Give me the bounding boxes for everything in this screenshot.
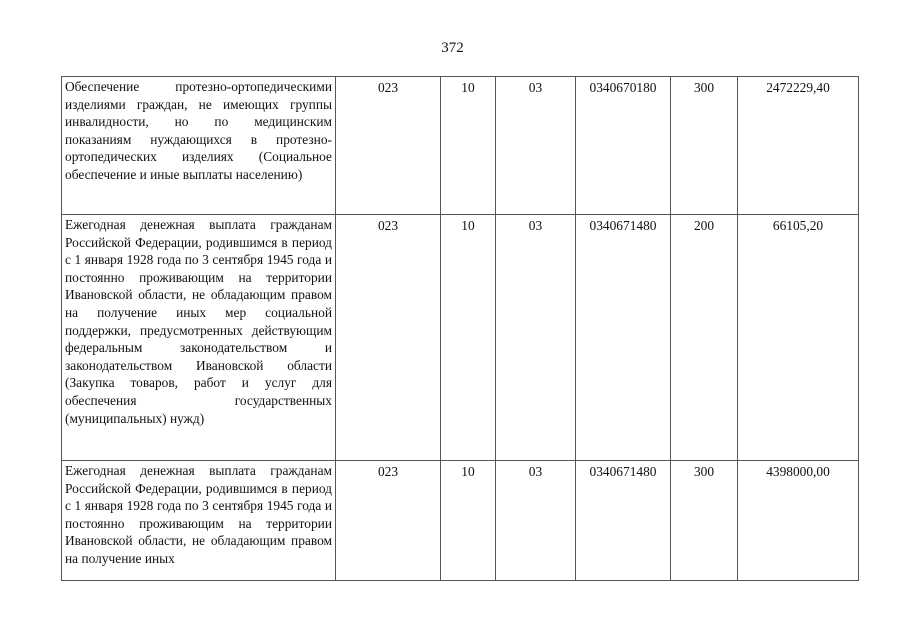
budget-table: Обеспечение протезно-ортопедическими изд… — [61, 76, 859, 581]
target-article-code: 0340671480 — [576, 215, 671, 461]
amount-value: 2472229,40 — [738, 77, 859, 215]
expense-type-code: 200 — [671, 215, 738, 461]
row-description: Ежегодная денежная выплата гражданам Рос… — [62, 215, 336, 461]
table-row: Обеспечение протезно-ортопедическими изд… — [62, 77, 859, 215]
subsection-code: 03 — [496, 461, 576, 581]
target-article-code: 0340671480 — [576, 461, 671, 581]
subsection-code: 03 — [496, 215, 576, 461]
ministry-code: 023 — [336, 461, 441, 581]
row-description: Обеспечение протезно-ортопедическими изд… — [62, 77, 336, 215]
amount-value: 4398000,00 — [738, 461, 859, 581]
row-description: Ежегодная денежная выплата гражданам Рос… — [62, 461, 336, 581]
ministry-code: 023 — [336, 215, 441, 461]
expense-type-code: 300 — [671, 77, 738, 215]
target-article-code: 0340670180 — [576, 77, 671, 215]
table-row: Ежегодная денежная выплата гражданам Рос… — [62, 461, 859, 581]
subsection-code: 03 — [496, 77, 576, 215]
table-row: Ежегодная денежная выплата гражданам Рос… — [62, 215, 859, 461]
section-code: 10 — [441, 215, 496, 461]
page-number: 372 — [0, 40, 905, 56]
section-code: 10 — [441, 77, 496, 215]
section-code: 10 — [441, 461, 496, 581]
amount-value: 66105,20 — [738, 215, 859, 461]
expense-type-code: 300 — [671, 461, 738, 581]
ministry-code: 023 — [336, 77, 441, 215]
